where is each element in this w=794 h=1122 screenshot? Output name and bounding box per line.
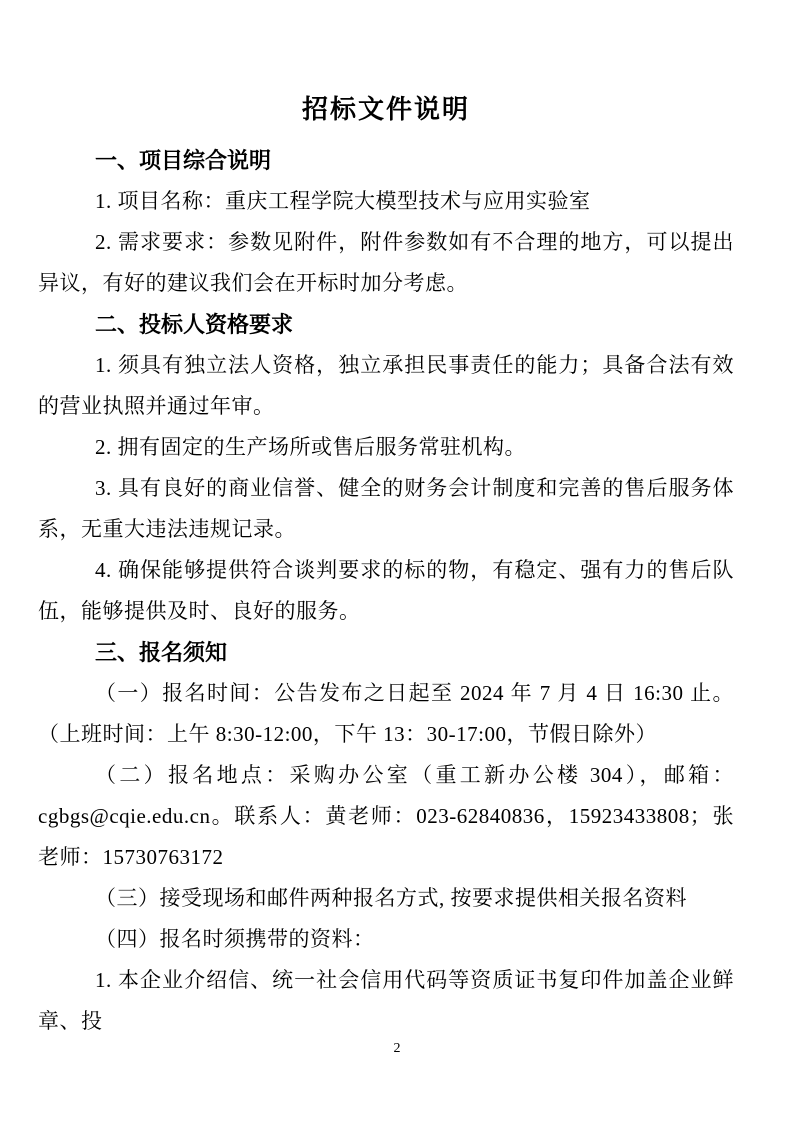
paragraph-registration-time: （一）报名时间：公告发布之日起至 2024 年 7 月 4 日 16:30 止。… bbox=[38, 673, 734, 755]
paragraph-registration-methods: （三）接受现场和邮件两种报名方式, 按要求提供相关报名资料 bbox=[38, 878, 734, 919]
section-heading-project-overview: 一、项目综合说明 bbox=[38, 140, 734, 181]
section-heading-bidder-qualifications: 二、投标人资格要求 bbox=[38, 304, 734, 345]
paragraph-qualification-4: 4. 确保能够提供符合谈判要求的标的物，有稳定、强有力的售后队伍，能够提供及时、… bbox=[38, 550, 734, 632]
paragraph-required-materials-label: （四）报名时须携带的资料： bbox=[38, 919, 734, 960]
paragraph-qualification-2: 2. 拥有固定的生产场所或售后服务常驻机构。 bbox=[38, 427, 734, 468]
paragraph-qualification-3: 3. 具有良好的商业信誉、健全的财务会计制度和完善的售后服务体系，无重大违法违规… bbox=[38, 468, 734, 550]
paragraph-requirements: 2. 需求要求：参数见附件，附件参数如有不合理的地方，可以提出异议，有好的建议我… bbox=[38, 222, 734, 304]
paragraph-registration-location: （二）报名地点：采购办公室（重工新办公楼 304），邮箱：cgbgs@cqie.… bbox=[38, 755, 734, 878]
paragraph-required-materials-item-1: 1. 本企业介绍信、统一社会信用代码等资质证书复印件加盖企业鲜章、投 bbox=[38, 960, 734, 1042]
paragraph-project-name: 1. 项目名称：重庆工程学院大模型技术与应用实验室 bbox=[38, 181, 734, 222]
document-page: 招标文件说明 一、项目综合说明 1. 项目名称：重庆工程学院大模型技术与应用实验… bbox=[0, 0, 794, 1122]
document-title: 招标文件说明 bbox=[38, 88, 734, 132]
section-project-overview: 一、项目综合说明 1. 项目名称：重庆工程学院大模型技术与应用实验室 2. 需求… bbox=[38, 140, 734, 304]
section-bidder-qualifications: 二、投标人资格要求 1. 须具有独立法人资格，独立承担民事责任的能力；具备合法有… bbox=[38, 304, 734, 632]
section-heading-registration-notes: 三、报名须知 bbox=[38, 632, 734, 673]
paragraph-qualification-1: 1. 须具有独立法人资格，独立承担民事责任的能力；具备合法有效的营业执照并通过年… bbox=[38, 345, 734, 427]
page-number: 2 bbox=[0, 1040, 794, 1058]
section-registration-notes: 三、报名须知 （一）报名时间：公告发布之日起至 2024 年 7 月 4 日 1… bbox=[38, 632, 734, 1042]
